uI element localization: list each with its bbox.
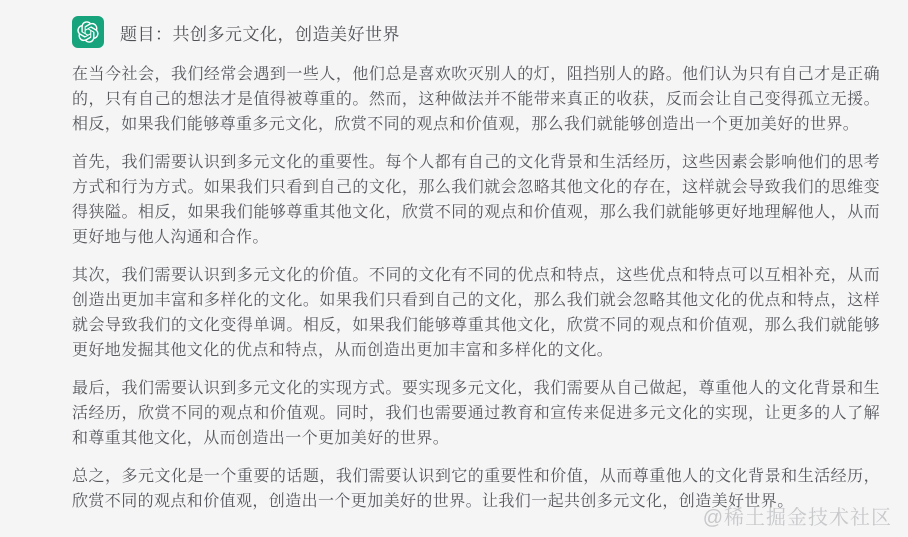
chatgpt-logo-icon	[77, 21, 99, 43]
essay-body: 在当今社会，我们经常会遇到一些人，他们总是喜欢吹灭别人的灯，阻挡别人的路。他们认…	[72, 62, 880, 514]
essay-paragraph-2: 首先，我们需要认识到多元文化的重要性。每个人都有自己的文化背景和生活经历，这些因…	[72, 150, 880, 250]
essay-paragraph-4: 最后，我们需要认识到多元文化的实现方式。要实现多元文化，我们需要从自己做起，尊重…	[72, 376, 880, 451]
chatgpt-avatar	[72, 16, 104, 48]
essay-paragraph-1: 在当今社会，我们经常会遇到一些人，他们总是喜欢吹灭别人的灯，阻挡别人的路。他们认…	[72, 62, 880, 137]
watermark: @稀土掘金技术社区	[703, 501, 892, 530]
essay-title: 题目：共创多元文化，创造美好世界	[120, 20, 400, 45]
message-header: 题目：共创多元文化，创造美好世界	[72, 16, 400, 48]
chat-message-screenshot: 题目：共创多元文化，创造美好世界 在当今社会，我们经常会遇到一些人，他们总是喜欢…	[0, 0, 908, 537]
essay-paragraph-3: 其次，我们需要认识到多元文化的价值。不同的文化有不同的优点和特点，这些优点和特点…	[72, 263, 880, 363]
